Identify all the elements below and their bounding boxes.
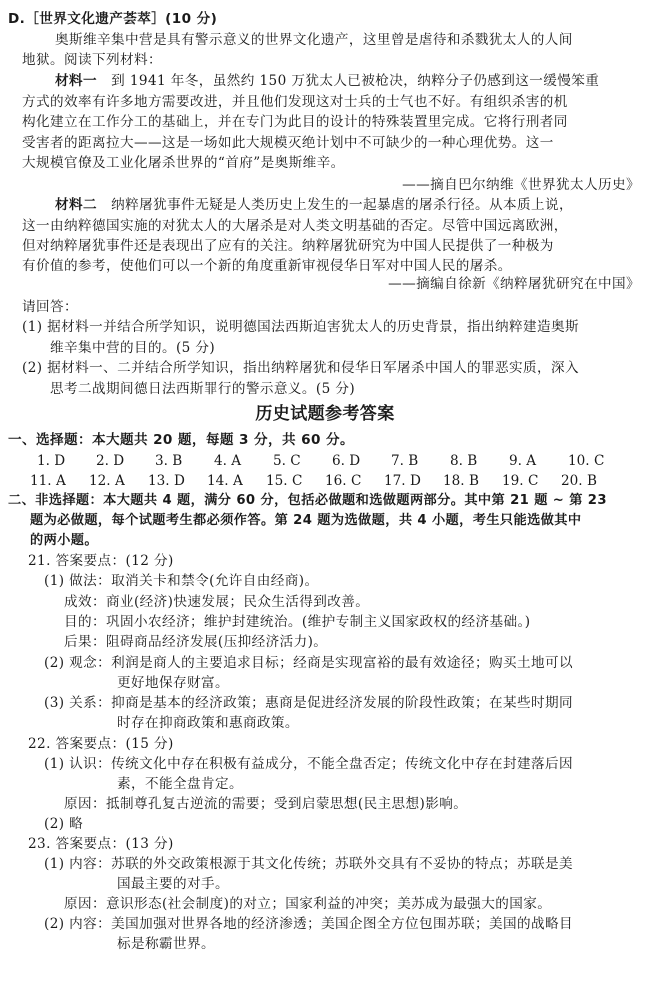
answer-item: 19. C (502, 471, 561, 492)
material-1-label: 材料一 (55, 73, 97, 89)
answer-item: 3. B (155, 451, 214, 472)
question-2-line: 思考二战期间德日法西斯罪行的警示意义。(5 分) (50, 380, 355, 398)
material-2-label: 材料二 (55, 197, 97, 213)
answer-item: 2. D (96, 451, 155, 472)
question-prompt: 请回答： (22, 298, 78, 316)
q23-line: 标是称霸世界。 (117, 935, 215, 953)
q21-line: 后果：阻碍商品经济发展(压抑经济活力)。 (64, 633, 327, 651)
q21-line: (3) 关系：抑商是基本的经济政策；惠商是促进经济发展的阶段性政策；在某些时期同 (44, 694, 573, 712)
q22-line: 素，不能全盘肯定。 (117, 775, 243, 793)
material-1-source: ——摘自巴尔纳维《世界犹太人历史》 (402, 176, 640, 194)
q22-title: 22. 答案要点：(15 分) (28, 735, 174, 753)
answer-item: 17. D (384, 471, 443, 492)
question-2-line: (2) 据材料一、二并结合所学知识，指出纳粹屠犹和侵华日军屠杀中国人的罪恶实质，… (22, 359, 579, 377)
q23-line: 国最主要的对手。 (117, 875, 229, 893)
document-page: D.［世界文化遗产荟萃］(10 分) 奥斯维辛集中营是具有警示意义的世界文化遗产… (0, 0, 650, 996)
answer-item: 13. D (148, 471, 207, 492)
q23-line: (1) 内容：苏联的外交政策根源于其文化传统；苏联外交具有不妥协的特点；苏联是美 (44, 855, 573, 873)
part-2-heading-line: 的两小题。 (30, 532, 98, 550)
q21-line: 更好地保存财富。 (117, 674, 229, 692)
material-2-line: 材料二 纳粹屠犹事件无疑是人类历史上发生的一起暴虐的屠杀行径。从本质上说， (55, 196, 573, 214)
answer-item: 18. B (443, 471, 502, 492)
q22-line: (2) 略 (44, 815, 83, 833)
answer-item: 14. A (207, 471, 266, 492)
q21-line: (2) 观念：利润是商人的主要追求目标；经商是实现富裕的最有效途径；购买土地可以 (44, 654, 573, 672)
material-1-line: 方式的效率有许多地方需要改进，并且他们发现这对士兵的士气也不好。有组织杀害的机 (22, 93, 568, 111)
answer-item: 1. D (37, 451, 96, 472)
answer-item: 16. C (325, 471, 384, 492)
material-1-line: 大规模官僚及工业化屠杀世界的“首府”是奥斯维辛。 (22, 154, 345, 172)
q21-line: 目的：巩固小农经济；维护封建统治。(维护专制主义国家政权的经济基础。) (64, 613, 530, 631)
part-2-heading-line: 二、非选择题：本大题共 4 题，满分 60 分，包括必做题和选做题两部分。其中第… (8, 492, 607, 510)
answer-item: 11. A (30, 471, 89, 492)
answer-item: 15. C (266, 471, 325, 492)
material-2-source: ——摘编自徐新《纳粹屠犹研究在中国》 (388, 275, 640, 293)
q21-line: 成效：商业(经济)快速发展；民众生活得到改善。 (64, 593, 369, 611)
q23-title: 23. 答案要点：(13 分) (28, 835, 174, 853)
section-d-intro-line: 地狱。阅读下列材料： (22, 51, 162, 69)
answer-item: 8. B (450, 451, 509, 472)
material-2-line: 这一由纳粹德国实施的对犹太人的大屠杀是对人类文明基础的否定。尽管中国远离欧洲， (22, 217, 568, 235)
answer-item: 6. D (332, 451, 391, 472)
answer-item: 9. A (509, 451, 568, 472)
answer-item: 12. A (89, 471, 148, 492)
material-1-line: 受害者的距离拉大——这是一场如此大规模灭绝计划中不可缺少的一种心理优势。这一 (22, 134, 554, 152)
question-1-line: 维辛集中营的目的。(5 分) (50, 339, 215, 357)
answers-title: 历史试题参考答案 (0, 405, 650, 423)
material-2-line: 有价值的参考，使他们可以一个新的角度重新审视侵华日军对中国人民的屠杀。 (22, 257, 512, 275)
material-1-line: 构化建立在工作分工的基础上，并在专门为此目的设计的特殊装置里完成。它将行刑者同 (22, 113, 568, 131)
answer-item: 20. B (561, 471, 620, 492)
answer-item: 4. A (214, 451, 273, 472)
answer-item: 7. B (391, 451, 450, 472)
part-2-heading-line: 题为必做题，每个试题考生都必须作答。第 24 题为选做题，共 4 小题，考生只能… (30, 512, 581, 530)
section-d-heading: D.［世界文化遗产荟萃］(10 分) (8, 10, 217, 28)
q21-title: 21. 答案要点：(12 分) (28, 552, 174, 570)
material-1-line: 材料一 到 1941 年冬，虽然约 150 万犹太人已被枪决，纳粹分子仍感到这一… (55, 72, 599, 90)
q22-line: 原因：抵制尊孔复古逆流的需要；受到启蒙思想(民主思想)影响。 (64, 795, 467, 813)
section-d-intro-line: 奥斯维辛集中营是具有警示意义的世界文化遗产，这里曾是虐待和杀戮犹太人的人间 (55, 31, 573, 49)
q23-line: (2) 内容：美国加强对世界各地的经济渗透；美国企图全方位包围苏联；美国的战略目 (44, 915, 573, 933)
answer-item: 5. C (273, 451, 332, 472)
question-1-line: (1) 据材料一并结合所学知识，说明德国法西斯迫害犹太人的历史背景，指出纳粹建造… (22, 318, 579, 336)
q21-line: (1) 做法：取消关卡和禁令(允许自由经商)。 (44, 572, 318, 590)
answer-row-1: 1. D 2. D 3. B 4. A 5. C 6. D 7. B 8. B … (37, 451, 627, 472)
q23-line: 原因：意识形态(社会制度)的对立；国家利益的冲突；美苏成为最强大的国家。 (64, 895, 551, 913)
q22-line: (1) 认识：传统文化中存在积极有益成分，不能全盘否定；传统文化中存在封建落后因 (44, 755, 573, 773)
answer-item: 10. C (568, 451, 627, 472)
material-2-line: 但对纳粹屠犹事件还是表现出了应有的关注。纳粹屠犹研究为中国人民提供了一种极为 (22, 237, 554, 255)
part-1-heading: 一、选择题：本大题共 20 题，每题 3 分，共 60 分。 (8, 431, 354, 449)
answer-row-2: 11. A 12. A 13. D 14. A 15. C 16. C 17. … (30, 471, 620, 492)
q21-line: 时存在抑商政策和惠商政策。 (117, 714, 299, 732)
